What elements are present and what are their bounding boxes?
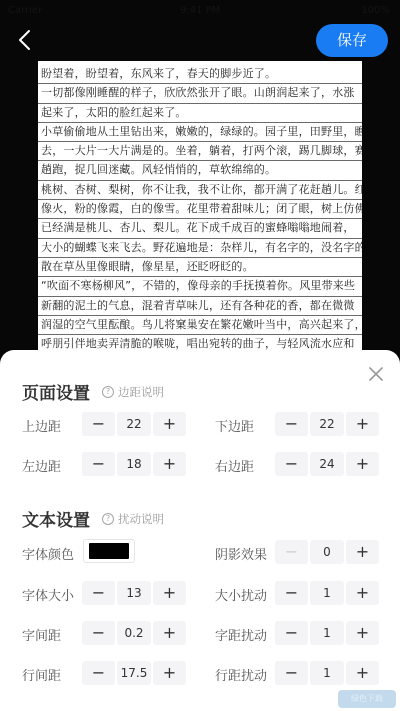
carrier-label: Carrier [8,5,42,16]
text-line: 盼望着，盼望着，东风来了，春天的脚步近了。 [38,65,362,84]
top-margin-value[interactable]: 22 [117,412,151,436]
shadow-effect-decrement[interactable]: − [275,540,308,564]
close-button[interactable] [366,364,386,384]
line-spacing-label: 行间距 [22,665,61,684]
text-line: 小草偷偷地从土里钻出来，嫩嫩的，绿绿的。园子里，田野里，瞧 [38,123,362,142]
char-spacing-label: 字间距 [22,625,61,644]
bottom-margin-increment[interactable]: + [346,412,379,436]
char-spacing-decrement[interactable]: − [82,621,115,645]
font-color-picker[interactable] [83,539,135,563]
bottom-margin-label: 下边距 [215,416,254,435]
char-spacing-value[interactable]: 0.2 [117,621,151,645]
margin-help-link[interactable]: ? 边距说明 [102,384,164,400]
text-line: 趟跑，捉几回迷藏。风轻悄悄的，草软绵绵的。 [38,161,362,180]
shadow-effect-label: 阴影效果 [215,544,267,563]
left-margin-value[interactable]: 18 [117,452,151,476]
font-color-fill [89,543,129,559]
jitter-help-link[interactable]: ? 扰动说明 [102,511,164,527]
battery-indicator: 100% [361,5,390,16]
line-spacing-stepper: − 17.5 + [82,661,186,685]
margin-help-label: 边距说明 [118,384,164,400]
top-margin-label: 上边距 [22,416,61,435]
right-margin-value[interactable]: 24 [310,452,344,476]
save-button[interactable]: 保存 [316,24,388,57]
text-line: 散在草丛里像眼睛，像星星，还眨呀眨的。 [38,258,362,277]
bottom-margin-decrement[interactable]: − [275,412,308,436]
line-spacing-jitter-label: 行距扰动 [215,665,267,684]
shadow-effect-stepper: − 0 + [275,540,379,564]
right-margin-decrement[interactable]: − [275,452,308,476]
text-line: 已经满是桃儿、杏儿、梨儿。花下成千成百的蜜蜂嗡嗡地闹着， [38,219,362,238]
right-margin-stepper: − 24 + [275,452,379,476]
jitter-help-label: 扰动说明 [118,511,164,527]
text-line: 像火，粉的像霞，白的像雪。花里带着甜味儿；闭了眼，树上仿佛 [38,200,362,219]
watermark-logo: 绿色下载 [338,690,396,708]
text-line: 起来了，太阳的脸红起来了。 [38,104,362,123]
question-circle-icon: ? [102,386,114,398]
line-spacing-jitter-stepper: − 1 + [275,661,379,685]
close-icon [366,364,386,384]
line-spacing-value[interactable]: 17.5 [117,661,151,685]
text-line: 一切都像刚睡醒的样子，欣欣然张开了眼。山朗润起来了，水涨 [38,84,362,103]
font-color-label: 字体颜色 [22,544,74,563]
char-spacing-jitter-stepper: − 1 + [275,621,379,645]
line-spacing-decrement[interactable]: − [82,661,115,685]
back-button[interactable] [14,28,36,52]
shadow-effect-value[interactable]: 0 [310,540,344,564]
question-circle-icon: ? [102,513,114,525]
line-spacing-jitter-increment[interactable]: + [346,661,379,685]
char-spacing-jitter-label: 字距扰动 [215,625,267,644]
right-margin-label: 右边距 [215,456,254,475]
char-spacing-stepper: − 0.2 + [82,621,186,645]
left-margin-increment[interactable]: + [153,452,186,476]
right-margin-increment[interactable]: + [346,452,379,476]
char-spacing-jitter-increment[interactable]: + [346,621,379,645]
left-margin-decrement[interactable]: − [82,452,115,476]
line-spacing-increment[interactable]: + [153,661,186,685]
size-jitter-decrement[interactable]: − [275,581,308,605]
left-margin-stepper: − 18 + [82,452,186,476]
text-line: 润湿的空气里酝酿。鸟儿将窠巢安在繁花嫩叶当中，高兴起来了， [38,316,362,335]
text-line: 新翻的泥土的气息，混着青草味儿，还有各种花的香，都在微微 [38,297,362,316]
status-time: 9:41 PM [180,5,220,16]
status-bar: Carrier 9:41 PM 100% [0,0,400,22]
size-jitter-value[interactable]: 1 [310,581,344,605]
char-spacing-jitter-decrement[interactable]: − [275,621,308,645]
text-settings-title: 文本设置 [22,506,90,531]
bottom-margin-value[interactable]: 22 [310,412,344,436]
top-margin-stepper: − 22 + [82,412,186,436]
page-settings-title: 页面设置 [22,379,90,404]
text-line: 大小的蝴蝶飞来飞去。野花遍地是：杂样儿，有名字的，没名字的， [38,239,362,258]
shadow-effect-increment[interactable]: + [346,540,379,564]
top-margin-decrement[interactable]: − [82,412,115,436]
font-size-decrement[interactable]: − [82,581,115,605]
settings-sheet: 页面设置 ? 边距说明 上边距 − 22 + 下边距 − 22 + 左边距 − … [0,350,400,711]
font-size-value[interactable]: 13 [117,581,151,605]
line-spacing-jitter-decrement[interactable]: − [275,661,308,685]
font-size-label: 字体大小 [22,585,74,604]
text-line: “吹面不寒杨柳风”，不错的，像母亲的手抚摸着你。风里带来些 [38,277,362,296]
top-margin-increment[interactable]: + [153,412,186,436]
font-size-increment[interactable]: + [153,581,186,605]
left-margin-label: 左边距 [22,456,61,475]
char-spacing-jitter-value[interactable]: 1 [310,621,344,645]
bottom-margin-stepper: − 22 + [275,412,379,436]
size-jitter-increment[interactable]: + [346,581,379,605]
size-jitter-label: 大小扰动 [215,585,267,604]
text-line: 去，一大片一大片满是的。坐着，躺着，打两个滚，踢几脚球，赛几 [38,142,362,161]
handwriting-preview: 盼望着，盼望着，东风来了，春天的脚步近了。 一切都像刚睡醒的样子，欣欣然张开了眼… [38,61,362,361]
line-spacing-jitter-value[interactable]: 1 [310,661,344,685]
size-jitter-stepper: − 1 + [275,581,379,605]
text-line: 桃树、杏树、梨树，你不让我，我不让你，都开满了花赶趟儿。红的 [38,181,362,200]
chevron-left-icon [14,28,36,52]
font-size-stepper: − 13 + [82,581,186,605]
char-spacing-increment[interactable]: + [153,621,186,645]
